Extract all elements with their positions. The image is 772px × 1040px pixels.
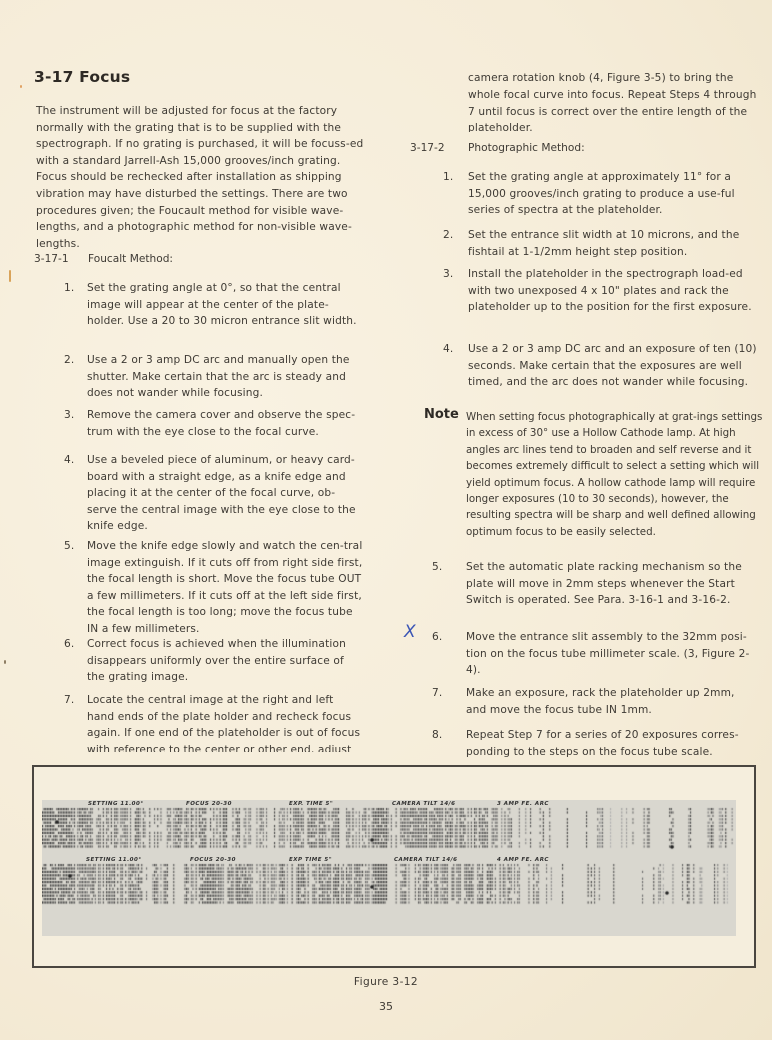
subsection-label: Photographic Method:: [468, 142, 585, 154]
strip2-focus: FOCUS 20-30: [190, 857, 236, 863]
margin-mark: [9, 270, 11, 282]
strip2-setting: SETTING 11.00°: [86, 857, 142, 863]
figure-caption: Figure 3-12: [0, 976, 772, 988]
intro-paragraph: The instrument will be adjusted for focu…: [36, 103, 371, 252]
section-title: 3-17 Focus: [34, 68, 130, 86]
note-text: When setting focus photographically at g…: [466, 409, 766, 540]
strip2-amp: 4 AMP FE. ARC: [497, 857, 549, 863]
strip1-focus: FOCUS 20-30: [186, 801, 232, 807]
manual-page: 3-17 Focus The instrument will be adjust…: [0, 0, 772, 1040]
foucault-step-7-continued: Locate the central image at the right an…: [468, 70, 758, 132]
paper-speck: [4, 660, 6, 664]
foucault-step-7: 7. Locate the central image at the right…: [64, 692, 364, 752]
spectrographic-plate-photo: SETTING 11.00° FOCUS 20-30 EXP. TIME 5" …: [42, 800, 736, 936]
strip1-exp: EXP. TIME 5": [289, 801, 333, 807]
handwritten-x-mark: X: [404, 622, 416, 642]
subsection-label: Foucalt Method:: [88, 253, 173, 265]
subsection-number: 3-17-1: [34, 253, 69, 265]
figure-spectrogram-frame: SETTING 11.00° FOCUS 20-30 EXP. TIME 5" …: [32, 765, 756, 968]
strip1-setting: SETTING 11.00°: [88, 801, 144, 807]
page-number: 35: [0, 1000, 772, 1013]
subsection-number: 3-17-2: [410, 142, 445, 154]
note-label: Note: [424, 407, 459, 422]
paper-speck: [20, 85, 22, 88]
strip2-tilt: CAMERA TILT 14/6: [394, 857, 457, 863]
strip2-exp: EXP TIME 5": [289, 857, 332, 863]
strip1-amp: 3 AMP FE. ARC: [497, 801, 549, 807]
strip1-tilt: CAMERA TILT 14/6: [392, 801, 455, 807]
